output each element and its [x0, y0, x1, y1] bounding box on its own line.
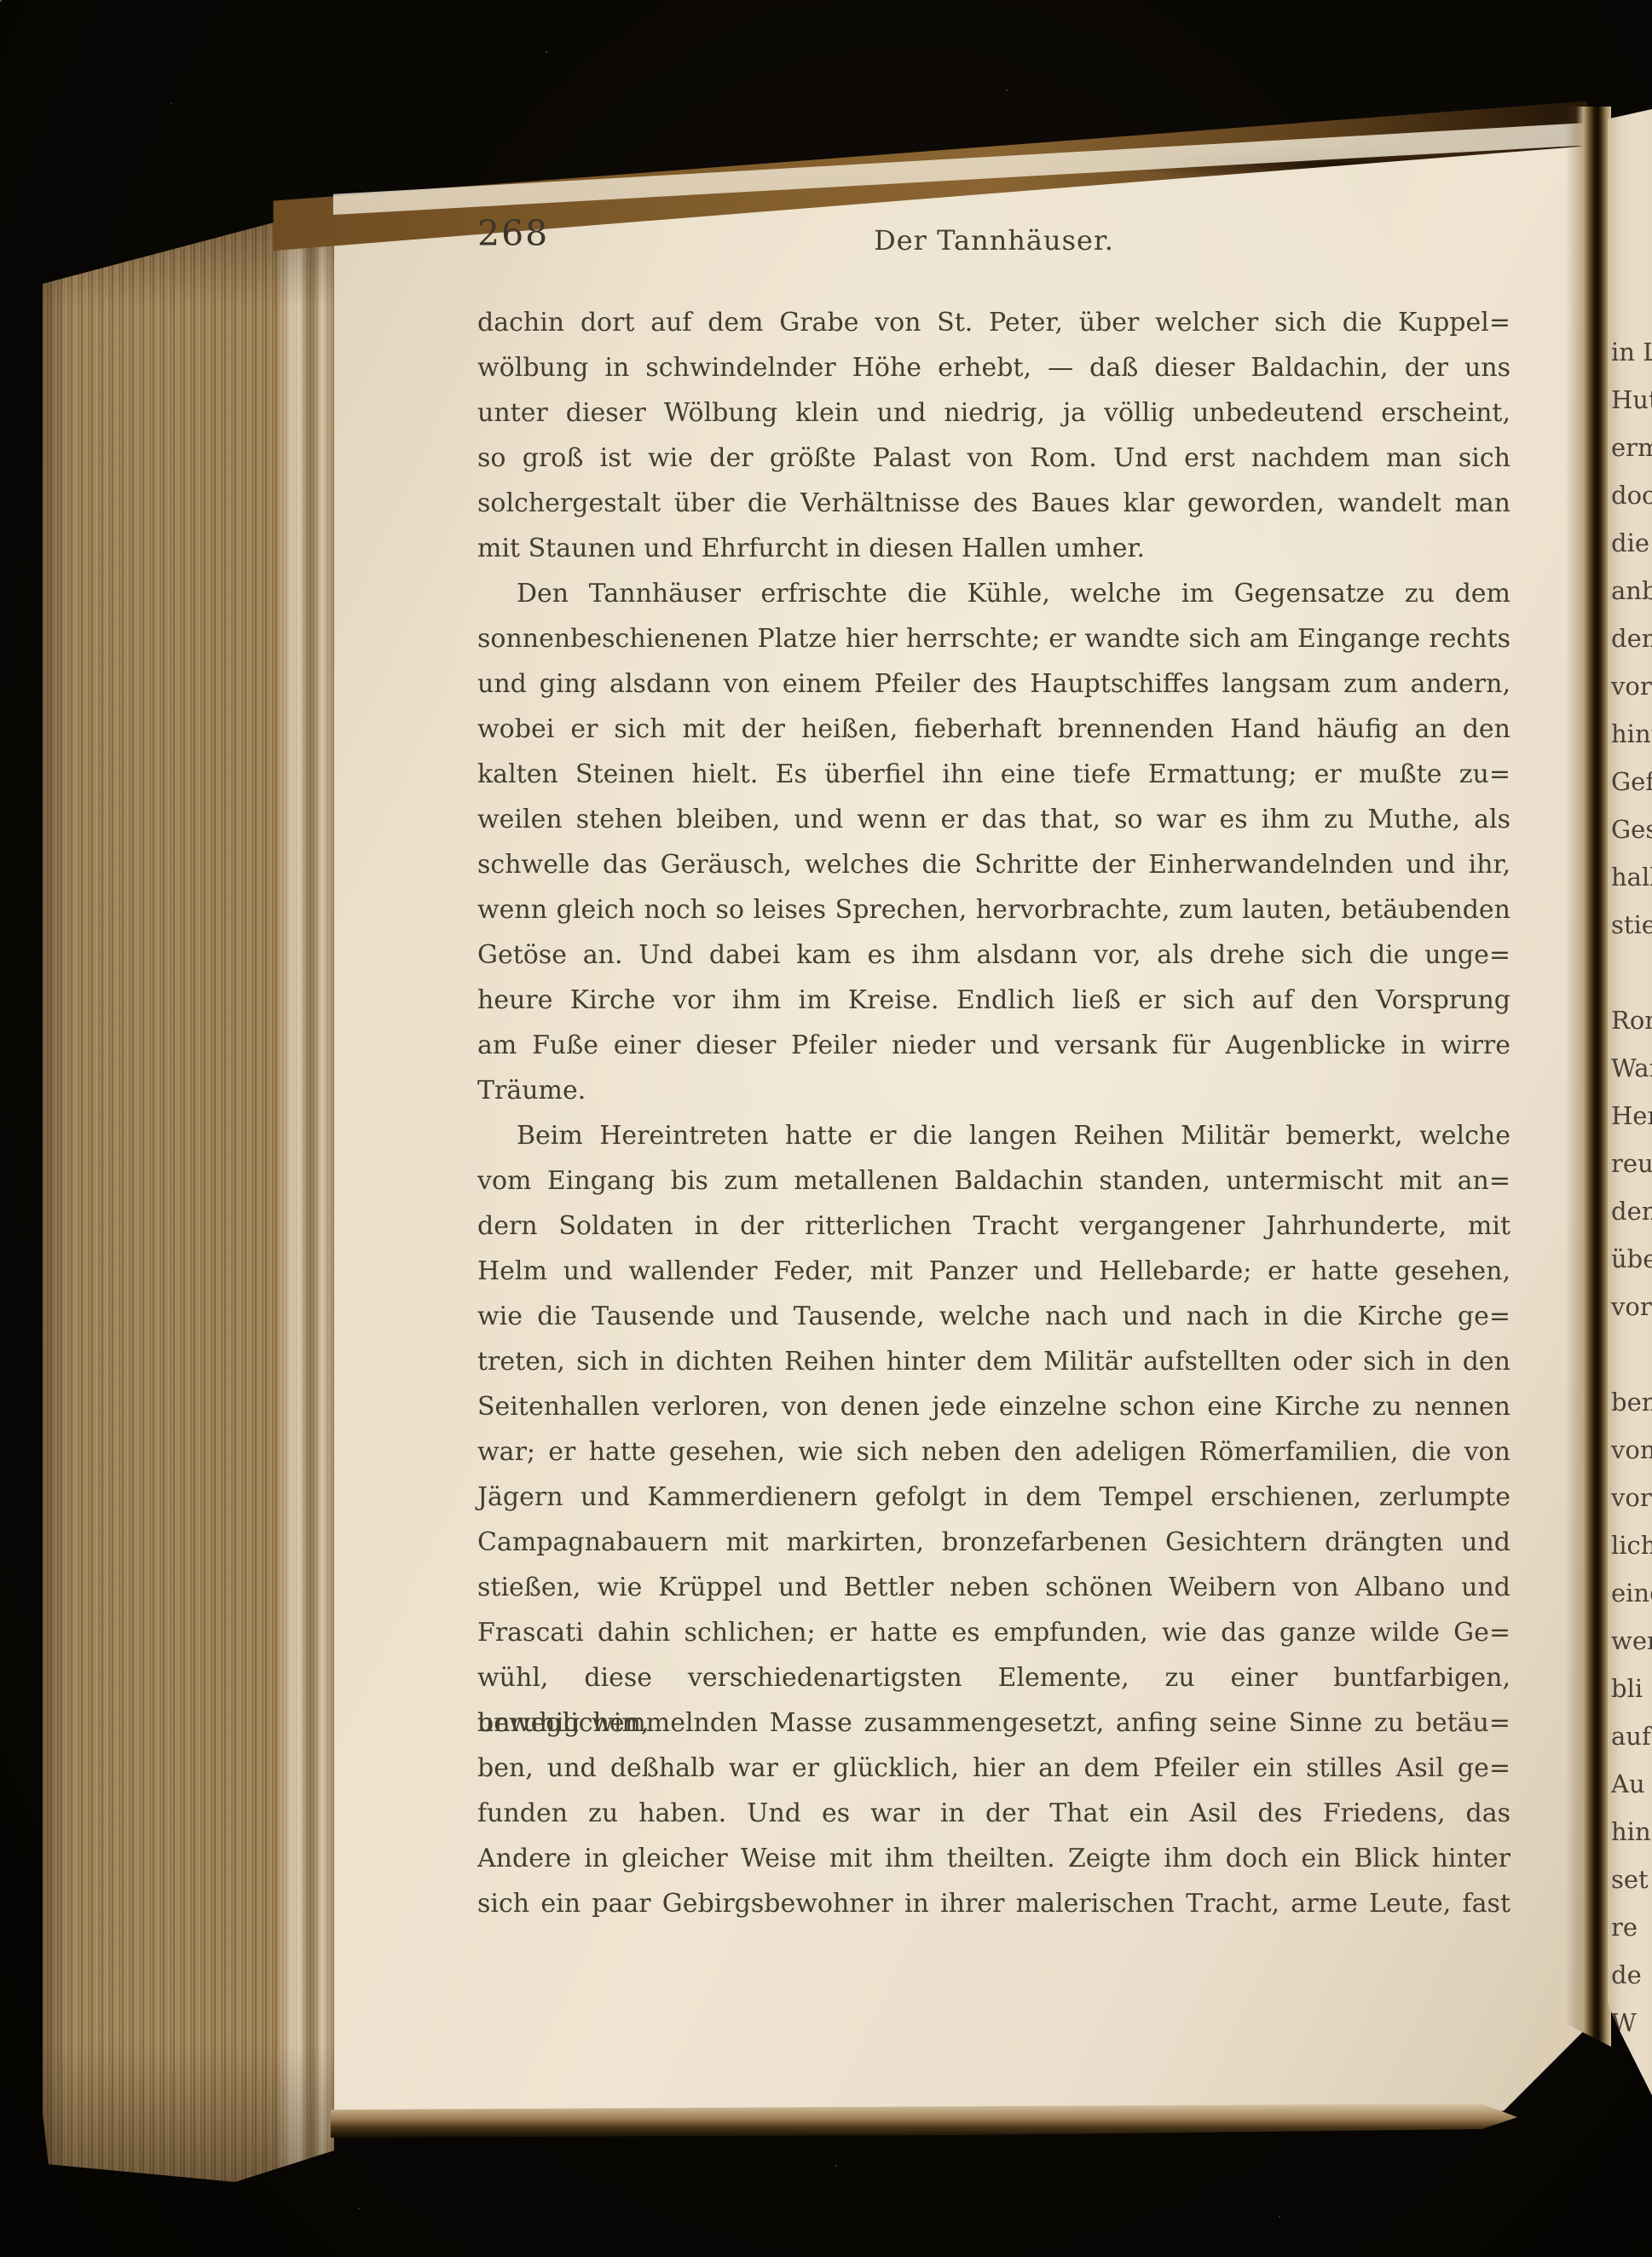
text-line: Jägern und Kammerdienern gefolgt in dem …: [477, 1475, 1510, 1520]
text-line: wölbung in schwindelnder Höhe erhebt, — …: [477, 345, 1510, 390]
text-line: funden zu haben. Und es war in der That …: [477, 1791, 1510, 1836]
text-line: Frascati dahin schlichen; er hatte es em…: [477, 1610, 1510, 1655]
sliver-text-fragment: in Lu: [1611, 328, 1652, 376]
text-line: war; er hatte gesehen, wie sich neben de…: [477, 1429, 1510, 1475]
sliver-text-fragment: Au: [1611, 1760, 1652, 1808]
sliver-text-fragment: Wan: [1611, 1044, 1652, 1092]
sliver-text-fragment: stieg: [1611, 901, 1652, 949]
sliver-text-fragment: dend: [1611, 1187, 1652, 1235]
text-line: Seitenhallen verloren, von denen jede ei…: [477, 1384, 1510, 1429]
text-line: dachin dort auf dem Grabe von St. Peter,…: [477, 300, 1510, 345]
text-line: Getöse an. Und dabei kam es ihm alsdann …: [477, 932, 1510, 978]
sliver-text-fragment: Gesa: [1611, 805, 1652, 853]
sliver-text-fragment: von: [1611, 1426, 1652, 1474]
text-line: so groß ist wie der größte Palast von Ro…: [477, 436, 1510, 481]
sliver-text-fragment: set: [1611, 1856, 1652, 1903]
text-line: vom Eingang bis zum metallenen Baldachin…: [477, 1158, 1510, 1204]
text-line: mit Staunen und Ehrfurcht in diesen Hall…: [477, 526, 1510, 571]
page-gutter-shadow: [1565, 107, 1611, 2058]
sliver-text-fragment: de: [1611, 1951, 1652, 1999]
sliver-text-fragment: Rom: [1611, 996, 1652, 1044]
text-line: wie die Tausende und Tausende, welche na…: [477, 1294, 1510, 1339]
adjacent-page-sliver: in LuHut zermüddoch ndie Hianblicdem evo…: [1608, 109, 1652, 2099]
text-line: wühl, diese verschiedenartigsten Element…: [477, 1655, 1510, 1700]
sliver-text-fragment: halle: [1611, 853, 1652, 901]
sliver-text-fragment: vorhi: [1611, 662, 1652, 710]
text-line: und ging alsdann von einem Pfeiler des H…: [477, 661, 1510, 707]
sliver-text-fragment: Gefü: [1611, 758, 1652, 805]
text-line: ben, und deßhalb war er glücklich, hier …: [477, 1746, 1510, 1791]
sliver-text-fragment: doch n: [1611, 471, 1652, 519]
text-line: stießen, wie Krüppel und Bettler neben s…: [477, 1565, 1510, 1610]
text-line: dern Soldaten in der ritterlichen Tracht…: [477, 1204, 1510, 1249]
sliver-text-fragment: hin: [1611, 1808, 1652, 1856]
text-line: unruhig wimmelnden Masse zusammengesetzt…: [477, 1700, 1510, 1746]
sliver-text-fragment: reuig: [1611, 1140, 1652, 1187]
running-title: Der Tannhäuser.: [477, 224, 1510, 257]
sliver-text-fragment: re: [1611, 1903, 1652, 1951]
sliver-text-fragment: bend: [1611, 1378, 1652, 1426]
text-line: schwelle das Geräusch, welches die Schri…: [477, 842, 1510, 887]
text-line: Andere in gleicher Weise mit ihm theilte…: [477, 1836, 1510, 1881]
sliver-text-fragment: eine: [1611, 1569, 1652, 1617]
text-line: kalten Steinen hielt. Es überfiel ihn ei…: [477, 752, 1510, 797]
book-fore-edge-pages: [43, 209, 334, 2182]
text-line: heure Kirche vor ihm im Kreise. Endlich …: [477, 978, 1510, 1023]
sliver-text-fragment: ermüd: [1611, 424, 1652, 471]
page-text-block: dachin dort auf dem Grabe von St. Peter,…: [477, 300, 1510, 1954]
text-line: weilen stehen bleiben, und wenn er das t…: [477, 797, 1510, 842]
sliver-text-fragment: [1611, 1331, 1652, 1378]
sliver-text-fragment: hinter: [1611, 710, 1652, 758]
text-line: solchergestalt über die Verhältnisse des…: [477, 481, 1510, 526]
text-line: treten, sich in dichten Reihen hinter de…: [477, 1339, 1510, 1384]
adjacent-page-text-fragments: in LuHut zermüddoch ndie Hianblicdem evo…: [1611, 328, 1652, 2046]
text-line: unter dieser Wölbung klein und niedrig, …: [477, 390, 1510, 436]
sliver-text-fragment: [1611, 949, 1652, 996]
sliver-text-fragment: anblic: [1611, 567, 1652, 615]
text-line: wobei er sich mit der heißen, fieberhaft…: [477, 707, 1510, 752]
text-line: am Fuße einer dieser Pfeiler nieder und …: [477, 1023, 1510, 1068]
text-line: Campagnabauern mit markirten, bronzefarb…: [477, 1520, 1510, 1565]
sliver-text-fragment: über: [1611, 1235, 1652, 1283]
sliver-text-fragment: Hut z: [1611, 376, 1652, 424]
text-line: sich ein paar Gebirgsbewohner in ihrer m…: [477, 1881, 1510, 1926]
sliver-text-fragment: vorb: [1611, 1283, 1652, 1331]
text-line: Helm und wallender Feder, mit Panzer und…: [477, 1249, 1510, 1294]
text-line: Beim Hereintreten hatte er die langen Re…: [477, 1113, 1510, 1158]
sliver-text-fragment: bli: [1611, 1665, 1652, 1712]
sliver-text-fragment: W: [1611, 1999, 1652, 2046]
book-photograph: in LuHut zermüddoch ndie Hianblicdem evo…: [0, 0, 1652, 2257]
sliver-text-fragment: lich: [1611, 1521, 1652, 1569]
sliver-text-fragment: vor: [1611, 1474, 1652, 1521]
sliver-text-fragment: die Hi: [1611, 519, 1652, 567]
text-line: sonnenbeschienenen Platze hier herrschte…: [477, 616, 1510, 661]
sliver-text-fragment: dem e: [1611, 615, 1652, 662]
text-line: Träume.: [477, 1068, 1510, 1113]
sliver-text-fragment: auf: [1611, 1712, 1652, 1760]
sliver-text-fragment: Herz: [1611, 1092, 1652, 1140]
text-line: Den Tannhäuser erfrischte die Kühle, wel…: [477, 571, 1510, 616]
dust-speckles: [0, 0, 2, 2]
sliver-text-fragment: wer: [1611, 1617, 1652, 1665]
text-line: wenn gleich noch so leises Sprechen, her…: [477, 887, 1510, 932]
